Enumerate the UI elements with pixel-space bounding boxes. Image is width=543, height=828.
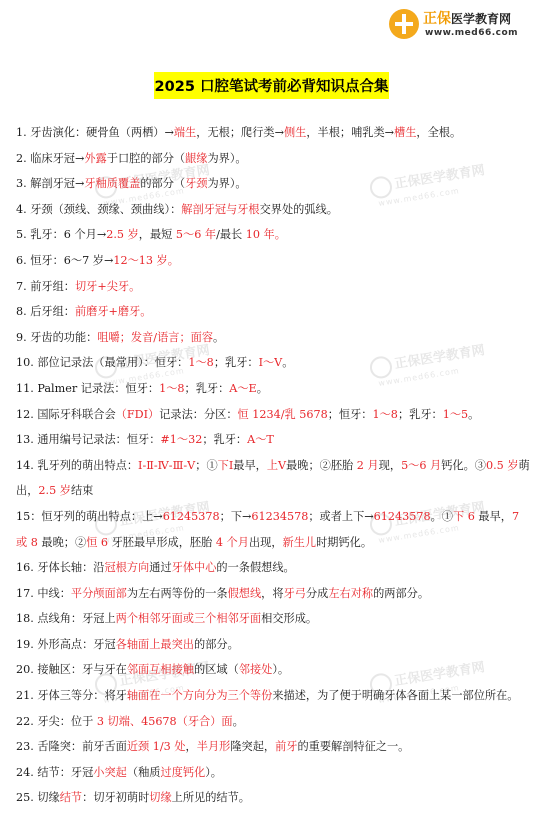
knowledge-list: 1. 牙齿演化：硬骨鱼（两栖）→端生，无根；爬行类→侧生，半根；哺乳类→槽生，全…: [16, 120, 531, 811]
plain-text: ，将: [261, 587, 283, 600]
plain-text: ；下→: [220, 510, 252, 523]
plain-text: 12. 国际牙科联合会: [16, 408, 116, 421]
plain-text: 。: [257, 382, 268, 395]
highlight-text: 61245378: [163, 510, 220, 523]
plain-text: 出现，: [249, 536, 283, 549]
highlight-text: 两个相邻牙面或三个相邻牙面: [116, 612, 261, 625]
plain-text: 2. 临床牙冠→: [16, 152, 84, 165]
knowledge-item: 13. 通用编号记录法：恒牙：#1～32；乳牙：A～T: [16, 427, 531, 453]
knowledge-item: 16. 牙体长轴：沿冠根方向通过牙体中心的一条假想线。: [16, 555, 531, 581]
highlight-text: A～E: [229, 382, 256, 395]
plain-text: 10. 部位记录法（最常用）：恒牙：: [16, 356, 188, 369]
highlight-text: （FDI）: [116, 408, 160, 421]
highlight-text: 前磨牙+磨牙。: [75, 305, 152, 318]
plain-text: ）。: [205, 766, 222, 779]
plain-text: 7. 前牙组：: [16, 280, 75, 293]
plain-text: 23. 舌隆突：前牙舌面: [16, 740, 127, 753]
knowledge-item: 5. 乳牙：6 个月→2.5 岁，最短 5～6 年/最长 10 年。: [16, 222, 531, 248]
title-wrapper: 2025 口腔笔试考前必背知识点合集: [0, 72, 543, 99]
plain-text: 13. 通用编号记录法：恒牙：: [16, 433, 160, 446]
plain-text: 24. 结节：牙冠: [16, 766, 93, 779]
highlight-text: 半月形: [197, 740, 231, 753]
plain-text: 9. 牙齿的功能：: [16, 331, 97, 344]
highlight-text: 新生儿: [283, 536, 317, 549]
highlight-text: 左右对称: [328, 587, 373, 600]
plain-text: 25. 切缘: [16, 791, 60, 804]
plain-text: ；或者上下→: [308, 510, 373, 523]
highlight-text: 1～8: [188, 356, 213, 369]
highlight-text: 牙体中心: [172, 561, 217, 574]
highlight-text: 假想线: [228, 587, 262, 600]
knowledge-item: 3. 解剖牙冠→牙釉质覆盖的部分（牙颈为界）。: [16, 171, 531, 197]
highlight-text: 牙弓: [284, 587, 306, 600]
plain-text: 。: [233, 715, 244, 728]
plain-text: 。: [468, 408, 479, 421]
knowledge-item: 14. 乳牙列的萌出特点：Ⅰ-Ⅱ-Ⅳ-Ⅲ-Ⅴ；①下Ⅰ最早，上Ⅴ最晚；②胚胎 2 …: [16, 453, 531, 504]
plain-text: 17. 中线：: [16, 587, 71, 600]
plain-text: 结束: [71, 484, 93, 497]
plain-text: ）。: [272, 663, 289, 676]
plain-text: 3. 解剖牙冠→: [16, 177, 84, 190]
plain-text: ；乳牙：: [398, 408, 443, 421]
highlight-text: 2 月: [357, 459, 379, 472]
plain-text: 的部分。: [194, 638, 239, 651]
plain-text: ，无根；爬行类→: [196, 126, 284, 139]
highlight-text: 1～5: [443, 408, 468, 421]
highlight-text: Ⅰ～Ⅴ: [259, 356, 283, 369]
highlight-text: 61234578: [251, 510, 308, 523]
highlight-text: 1～8: [373, 408, 398, 421]
highlight-text: 邻接处: [239, 663, 273, 676]
knowledge-item: 23. 舌隆突：前牙舌面近颈 1/3 处，半月形隆突起，前牙的重要解剖特征之一。: [16, 734, 531, 760]
plain-text: 6. 恒牙：6～7 岁→: [16, 254, 113, 267]
document-title: 2025 口腔笔试考前必背知识点合集: [154, 72, 390, 99]
plain-text: 的两部分。: [373, 587, 429, 600]
plain-text: ，最短: [139, 228, 176, 241]
highlight-text: 下 6: [453, 510, 475, 523]
plain-text: 15：恒牙列的萌出特点：上→: [16, 510, 163, 523]
highlight-text: 前牙: [275, 740, 297, 753]
plain-text: 22. 牙尖：位于: [16, 715, 97, 728]
knowledge-item: 17. 中线：平分颅面部为左右两等份的一条假想线，将牙弓分成左右对称的两部分。: [16, 581, 531, 607]
plain-text: 8. 后牙组：: [16, 305, 75, 318]
highlight-text: 12～13 岁。: [113, 254, 179, 267]
highlight-text: 3 切端、45678（牙合）面: [97, 715, 233, 728]
highlight-text: A～T: [247, 433, 274, 446]
logo-brand: 正保医学教育网: [423, 8, 511, 28]
knowledge-item: 15：恒牙列的萌出特点：上→61245378；下→61234578；或者上下→6…: [16, 504, 531, 555]
plain-text: ；乳牙：: [214, 356, 259, 369]
plain-text: 最早，: [233, 459, 267, 472]
knowledge-item: 4. 牙颈（颈线、颈缘、颈曲线）：解剖牙冠与牙根交界处的弧线。: [16, 197, 531, 223]
knowledge-item: 20. 接触区：牙与牙在邻面互相接触的区域（邻接处）。: [16, 657, 531, 683]
knowledge-item: 7. 前牙组：切牙+尖牙。: [16, 274, 531, 300]
plain-text: 最早，: [475, 510, 512, 523]
plain-text: 16. 牙体长轴：沿: [16, 561, 104, 574]
knowledge-item: 18. 点线角：牙冠上两个相邻牙面或三个相邻牙面相交形成。: [16, 606, 531, 632]
plain-text: ，: [186, 740, 197, 753]
highlight-text: 0.5 岁: [486, 459, 519, 472]
highlight-text: 过度钙化: [160, 766, 205, 779]
highlight-text: 5～6 月: [401, 459, 441, 472]
plain-text: ，半根；哺乳类→: [306, 126, 394, 139]
plain-text: 通过: [149, 561, 171, 574]
plain-text: 相交形成。: [261, 612, 317, 625]
plain-text: 为界）。: [207, 177, 246, 190]
plain-text: 来描述，为了便于明确牙体各面上某一部位所在。: [272, 689, 518, 702]
plain-text: 的重要解剖特征之一。: [297, 740, 409, 753]
highlight-text: 龈缘: [185, 152, 207, 165]
highlight-text: 10 年。: [246, 228, 286, 241]
plain-text: 。: [213, 331, 224, 344]
highlight-text: 槽生: [394, 126, 416, 139]
plain-text: ；乳牙：: [185, 382, 230, 395]
highlight-text: 轴面在一个方向分为三个等份: [127, 689, 272, 702]
highlight-text: 外露: [84, 152, 106, 165]
logo-brand-main: 正保: [423, 11, 451, 27]
plain-text: 最晚；②胚胎: [286, 459, 357, 472]
plain-text: 钙化。③: [441, 459, 486, 472]
highlight-text: 冠根方向: [104, 561, 149, 574]
knowledge-item: 11. Palmer 记录法：恒牙：1～8；乳牙：A～E。: [16, 376, 531, 402]
plain-text: ；恒牙：: [328, 408, 373, 421]
highlight-text: 5～6 年: [176, 228, 216, 241]
med66-logo: 正保医学教育网 www.med66.com: [389, 6, 529, 44]
plain-text: 时期钙化。: [316, 536, 372, 549]
plain-text: 上所见的结节。: [172, 791, 250, 804]
plain-text: 为界）。: [207, 152, 246, 165]
knowledge-item: 24. 结节：牙冠小突起（釉质过度钙化）。: [16, 760, 531, 786]
knowledge-item: 21. 牙体三等分：将牙轴面在一个方向分为三个等份来描述，为了便于明确牙体各面上…: [16, 683, 531, 709]
highlight-text: 切牙+尖牙。: [75, 280, 140, 293]
knowledge-item: 12. 国际牙科联合会（FDI）记录法：分区：恒 1234/乳 5678；恒牙：…: [16, 402, 531, 428]
plain-text: 19. 外形高点：牙冠: [16, 638, 116, 651]
knowledge-item: 19. 外形高点：牙冠各轴面上最突出的部分。: [16, 632, 531, 658]
highlight-text: 恒 6: [86, 536, 108, 549]
plain-text: 现，: [379, 459, 401, 472]
highlight-text: 端生: [174, 126, 196, 139]
plain-text: 20. 接触区：牙与牙在: [16, 663, 127, 676]
highlight-text: 侧生: [284, 126, 306, 139]
knowledge-item: 2. 临床牙冠→外露于口腔的部分（龈缘为界）。: [16, 146, 531, 172]
knowledge-item: 22. 牙尖：位于 3 切端、45678（牙合）面。: [16, 709, 531, 735]
highlight-text: 恒 1234/乳 5678: [238, 408, 328, 421]
highlight-text: 牙釉质覆盖: [84, 177, 140, 190]
plain-text: 的部分（: [140, 177, 185, 190]
plain-text: 记录法：分区：: [159, 408, 237, 421]
logo-url: www.med66.com: [425, 28, 518, 38]
knowledge-item: 8. 后牙组：前磨牙+磨牙。: [16, 299, 531, 325]
plain-text: 交界处的弧线。: [260, 203, 338, 216]
highlight-text: 牙颈: [185, 177, 207, 190]
logo-brand-sub: 医学教育网: [451, 12, 511, 26]
knowledge-item: 6. 恒牙：6～7 岁→12～13 岁。: [16, 248, 531, 274]
plain-text: 5. 乳牙：6 个月→: [16, 228, 106, 241]
plain-text: 1. 牙齿演化：硬骨鱼（两栖）→: [16, 126, 174, 139]
highlight-text: 4 个月: [216, 536, 249, 549]
highlight-text: 平分颅面部: [71, 587, 127, 600]
plain-text: 的一条假想线。: [216, 561, 294, 574]
highlight-text: 61243578: [374, 510, 431, 523]
plain-text: 4. 牙颈（颈线、颈缘、颈曲线）：: [16, 203, 181, 216]
plain-text: ；乳牙：: [202, 433, 247, 446]
highlight-text: 2.5 岁: [106, 228, 139, 241]
plain-text: ：切牙初萌时: [82, 791, 149, 804]
plain-text: 为左右两等份的一条: [127, 587, 228, 600]
highlight-text: 1～8: [159, 382, 184, 395]
highlight-text: 切缘: [149, 791, 171, 804]
logo-emblem-icon: [389, 9, 419, 39]
highlight-text: 2.5 岁: [38, 484, 71, 497]
plain-text: 14. 乳牙列的萌出特点：: [16, 459, 138, 472]
highlight-text: #1～32: [160, 433, 202, 446]
knowledge-item: 9. 牙齿的功能：咀嚼；发音/语言；面容。: [16, 325, 531, 351]
highlight-text: 近颈 1/3 处: [127, 740, 186, 753]
highlight-text: 上Ⅴ: [267, 459, 286, 472]
plain-text: 21. 牙体三等分：将牙: [16, 689, 127, 702]
plain-text: ；①: [195, 459, 217, 472]
highlight-text: 各轴面上最突出: [116, 638, 194, 651]
plain-text: ，全根。: [416, 126, 461, 139]
plain-text: /最长: [216, 228, 246, 241]
plain-text: 18. 点线角：牙冠上: [16, 612, 116, 625]
highlight-text: 结节: [60, 791, 82, 804]
highlight-text: 咀嚼；发音/语言；面容: [97, 331, 213, 344]
plain-text: 的区域（: [194, 663, 239, 676]
knowledge-item: 10. 部位记录法（最常用）：恒牙：1～8；乳牙：Ⅰ～Ⅴ。: [16, 350, 531, 376]
knowledge-item: 1. 牙齿演化：硬骨鱼（两栖）→端生，无根；爬行类→侧生，半根；哺乳类→槽生，全…: [16, 120, 531, 146]
highlight-text: Ⅰ-Ⅱ-Ⅳ-Ⅲ-Ⅴ: [138, 459, 195, 472]
plain-text: 。①: [431, 510, 453, 523]
plain-text: 最晚；②: [38, 536, 86, 549]
highlight-text: 解剖牙冠与牙根: [181, 203, 259, 216]
highlight-text: 邻面互相接触: [127, 663, 194, 676]
plain-text: （釉质: [127, 766, 161, 779]
highlight-text: 小突起: [93, 766, 127, 779]
knowledge-item: 25. 切缘结节：切牙初萌时切缘上所见的结节。: [16, 785, 531, 811]
plain-text: 。: [282, 356, 293, 369]
plain-text: 隆突起，: [230, 740, 275, 753]
plain-text: 于口腔的部分（: [107, 152, 185, 165]
plain-text: 11. Palmer 记录法：恒牙：: [16, 382, 159, 395]
plain-text: 分成: [306, 587, 328, 600]
highlight-text: 下Ⅰ: [218, 459, 234, 472]
plain-text: 牙胚最早形成，胚胎: [108, 536, 216, 549]
